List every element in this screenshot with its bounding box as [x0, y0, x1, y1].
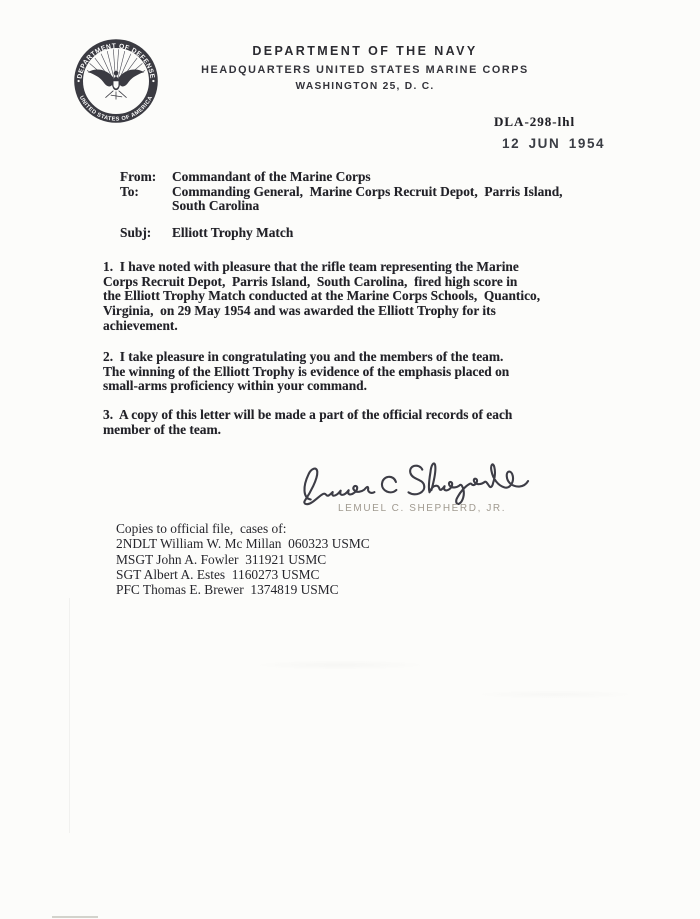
copies-block: Copies to official file, cases of: 2NDLT… [116, 521, 370, 597]
letterhead-department: DEPARTMENT OF THE NAVY [165, 44, 565, 58]
scan-smudge [250, 660, 430, 670]
date-stamp: 12 JUN 1954 [502, 136, 605, 151]
to-label: To: [120, 185, 172, 214]
paper-edge-line [69, 598, 70, 833]
letterhead: DEPARTMENT OF THE NAVY HEADQUARTERS UNIT… [165, 44, 565, 92]
from-value: Commandant of the Marine Corps [172, 170, 640, 185]
file-number: DLA-298-lhl [494, 114, 575, 130]
to-row: To: Commanding General, Marine Corps Rec… [120, 185, 640, 214]
from-row: From: Commandant of the Marine Corps [120, 170, 640, 185]
body-paragraph-1: 1. I have noted with pleasure that the r… [103, 260, 615, 334]
body-paragraph-3: 3. A copy of this letter will be made a … [103, 408, 615, 437]
subject-row: Subj: Elliott Trophy Match [120, 226, 640, 241]
copies-heading: Copies to official file, cases of: [116, 521, 370, 536]
scan-smudge [470, 690, 640, 699]
dod-eagle-seal-icon: DEPARTMENT OF DEFENSE UNITED STATES OF A… [72, 37, 160, 125]
copies-recipient: PFC Thomas E. Brewer 1374819 USMC [116, 582, 370, 597]
copies-recipient: MSGT John A. Fowler 311921 USMC [116, 552, 370, 567]
letterhead-city: WASHINGTON 25, D. C. [165, 81, 565, 92]
letterhead-headquarters: HEADQUARTERS UNITED STATES MARINE CORPS [165, 64, 565, 76]
typed-signature-name: LEMUEL C. SHEPHERD, JR. [338, 503, 506, 514]
copies-recipient: 2NDLT William W. Mc Millan 060323 USMC [116, 536, 370, 551]
address-block: From: Commandant of the Marine Corps To:… [120, 170, 640, 240]
to-value: Commanding General, Marine Corps Recruit… [172, 185, 640, 214]
from-label: From: [120, 170, 172, 185]
subject-value: Elliott Trophy Match [172, 226, 640, 241]
subject-label: Subj: [120, 226, 172, 241]
copies-recipient: SGT Albert A. Estes 1160273 USMC [116, 567, 370, 582]
body-paragraph-2: 2. I take pleasure in congratulating you… [103, 350, 615, 394]
scanned-letter-page: DEPARTMENT OF DEFENSE UNITED STATES OF A… [0, 0, 700, 919]
scan-bottom-mark [52, 916, 98, 918]
